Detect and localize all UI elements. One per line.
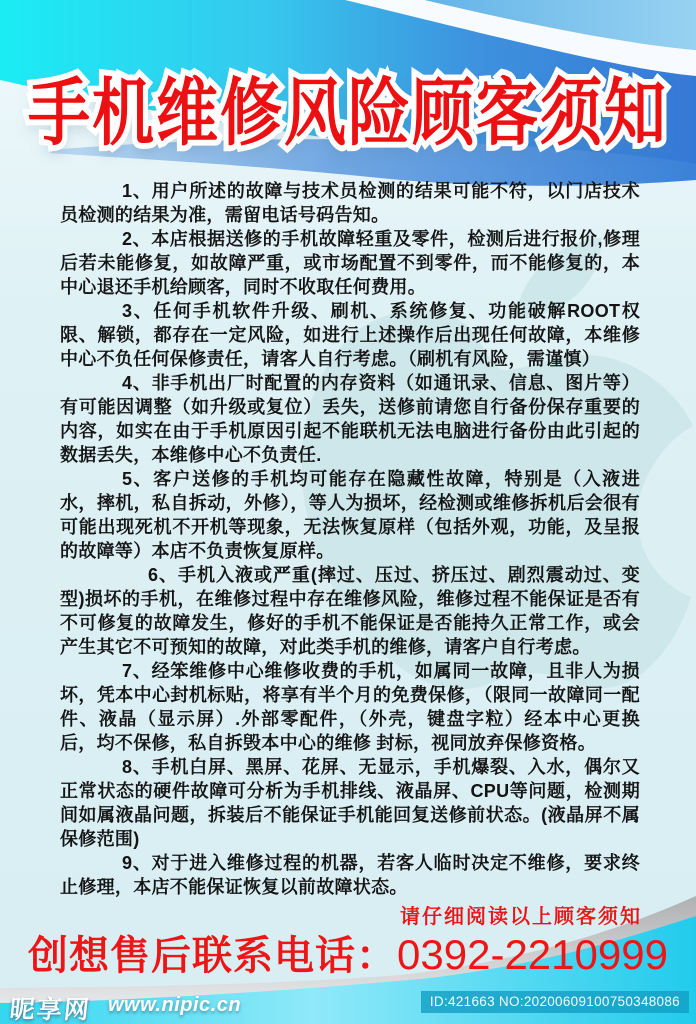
site-url: www.nipic.cn — [108, 994, 241, 1017]
notice-item-6: 6、手机入液或严重(摔过、压过、挤压过、剧烈震动过、变型)损坏的手机，在维修过程… — [60, 563, 640, 659]
notice-item-7: 7、经笨维修中心维修收费的手机，如属同一故障，且非人为损坏，凭本中心封机标贴，将… — [60, 659, 640, 755]
notice-item-1: 1、用户所述的故障与技术员检测的结果可能不符，以门店技术员检测的结果为准，需留电… — [60, 179, 640, 227]
image-id-badge: ID:421663 NO:20200609100750348086 — [421, 991, 689, 1013]
notice-item-4: 4、非手机出厂时配置的内存资料（如通讯录、信息、图片等）有可能因调整（如升级或复… — [60, 371, 640, 467]
site-logo: 昵享网 — [8, 990, 93, 1024]
poster-title-text: 手机维修风险顾客须知 — [0, 54, 696, 159]
notice-item-3: 3、任何手机软件升级、刷机、系统修复、功能破解ROOT权限、解锁，都存在一定风险… — [60, 299, 640, 371]
notice-item-9: 9、对于进入维修过程的机器，若客人临时决定不维修，要求终止修理，本店不能保证恢复… — [60, 851, 640, 899]
notice-item-8: 8、手机白屏、黑屏、花屏、无显示，手机爆裂、入水，偶尔又正常状态的硬件故障可分析… — [60, 755, 640, 851]
contact-line: 创想售后联系电话：0392-2210999 — [0, 924, 696, 981]
phone-number: 0392-2210999 — [397, 931, 668, 978]
notice-item-5: 5、客户送修的手机均可能存在隐藏性故障，特别是（入液进水，摔机，私自拆动，外修）… — [60, 467, 640, 563]
notice-item-2: 2、本店根据送修的手机故障轻重及零件，检测后进行报价,修理后若未能修复，如故障严… — [60, 227, 640, 299]
contact-label: 创想售后联系电话： — [28, 934, 397, 978]
notice-list: 1、用户所述的故障与技术员检测的结果可能不符，以门店技术员检测的结果为准，需留电… — [60, 179, 640, 899]
repair-notice-poster: 手机维修风险顾客须知 手机维修风险顾客须知 1、用户所述的故障与技术员检测的结果… — [0, 0, 696, 1024]
poster-title: 手机维修风险顾客须知 手机维修风险顾客须知 — [0, 54, 696, 196]
